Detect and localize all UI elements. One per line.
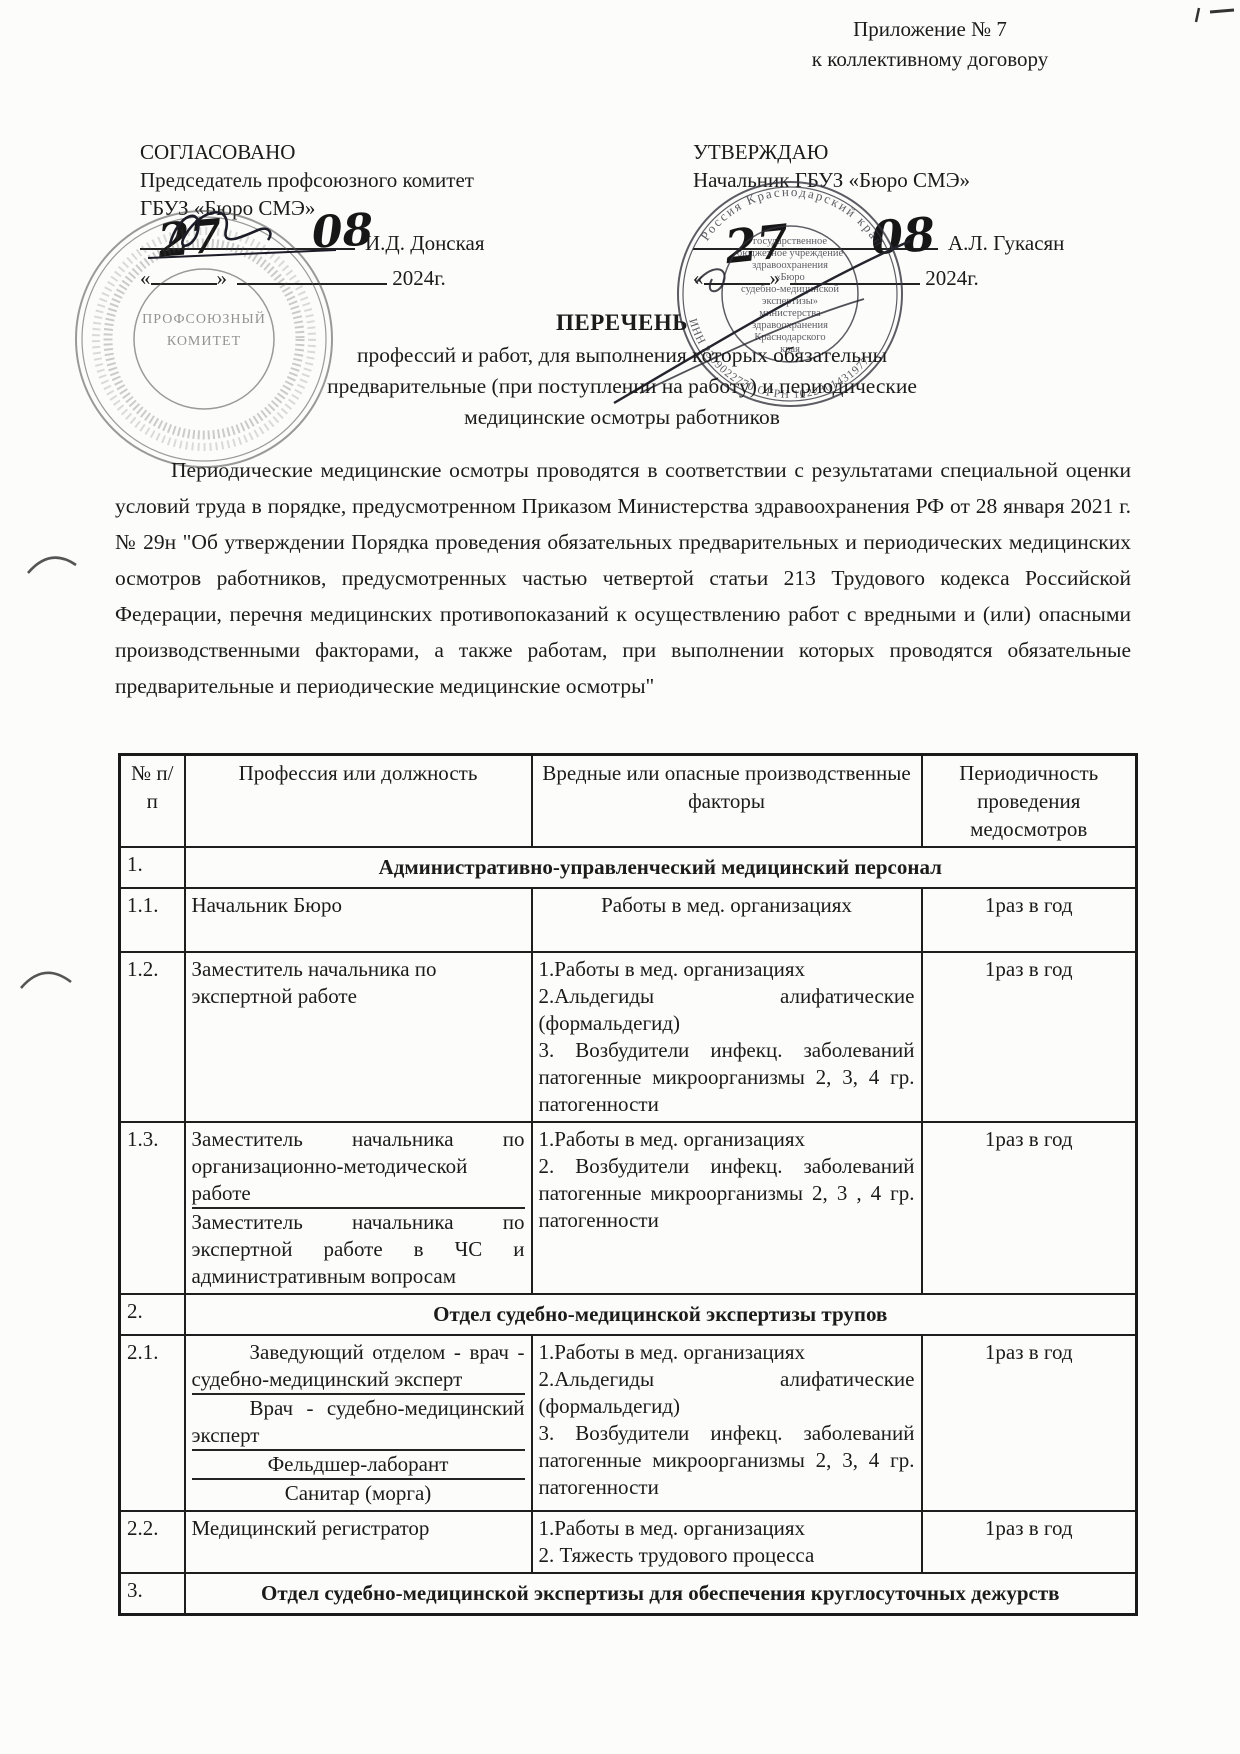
- agreed-date-line: «» 2024г.: [140, 263, 620, 292]
- factor-item: Работы в мед. организациях: [539, 892, 915, 919]
- profession-cell: Заместитель начальника по экспертной раб…: [185, 952, 532, 1122]
- profession-entry: Врач - судебно-медицинский эксперт: [192, 1393, 525, 1449]
- header-factors: Вредные или опасные производственные фак…: [532, 755, 922, 848]
- table-row: 1.1.Начальник БюроРаботы в мед. организа…: [120, 888, 1137, 952]
- approved-day-field: [704, 263, 770, 285]
- profession-entry: Медицинский регистратор: [192, 1515, 525, 1542]
- approved-month-field: [790, 263, 920, 285]
- agreed-line1: Председатель профсоюзного комитет: [140, 166, 620, 194]
- row-number: 3.: [120, 1573, 185, 1615]
- table-row: 1.2.Заместитель начальника по экспертной…: [120, 952, 1137, 1122]
- appendix-note: Приложение № 7 к коллективному договору: [740, 14, 1120, 74]
- title-main: ПЕРЕЧЕНЬ: [112, 306, 1132, 340]
- med-exam-table-wrap: № п/п Профессия или должность Вредные ил…: [118, 753, 1135, 1616]
- row-number: 1.2.: [120, 952, 185, 1122]
- profession-cell: Начальник Бюро: [185, 888, 532, 952]
- factor-item: 2. Возбудители инфекц. заболеваний патог…: [539, 1153, 915, 1234]
- header-periodicity: Периодичность проведения медосмотров: [922, 755, 1137, 848]
- factor-item: 1.Работы в мед. организациях: [539, 1515, 915, 1542]
- row-number: 2.2.: [120, 1511, 185, 1573]
- approved-name: А.Л. Гукасян: [938, 231, 1064, 255]
- table-row: 2.1.Заведующий отделом - врач - судебно-…: [120, 1335, 1137, 1511]
- agreed-signature-line: И.Д. Донская: [140, 228, 620, 257]
- profession-cell: Заместитель начальника по организационно…: [185, 1122, 532, 1294]
- profession-entry: Начальник Бюро: [192, 892, 525, 919]
- agreed-day-field: [151, 263, 217, 285]
- factor-item: 1.Работы в мед. организациях: [539, 956, 915, 983]
- margin-mark-1: [22, 545, 82, 579]
- header-num: № п/п: [120, 755, 185, 848]
- periodicity-cell: 1раз в год: [922, 1511, 1137, 1573]
- approved-signature-line: А.Л. Гукасян: [693, 228, 1163, 257]
- row-number: 2.1.: [120, 1335, 185, 1511]
- header-profession: Профессия или должность: [185, 755, 532, 848]
- document-page: Приложение № 7 к коллективному договору …: [0, 0, 1240, 1754]
- med-exam-table-body: 1.Административно-управленческий медицин…: [120, 847, 1137, 1615]
- factor-item: 2. Тяжесть трудового процесса: [539, 1542, 915, 1569]
- agreed-block: СОГЛАСОВАНО Председатель профсоюзного ко…: [140, 138, 620, 292]
- profession-cell: Заведующий отделом - врач - судебно-меди…: [185, 1335, 532, 1511]
- approved-year: 2024г.: [925, 266, 979, 290]
- agreed-heading: СОГЛАСОВАНО: [140, 138, 620, 166]
- quote-close: »: [770, 266, 781, 290]
- profession-cell: Медицинский регистратор: [185, 1511, 532, 1573]
- approved-heading: УТВЕРЖДАЮ: [693, 138, 1163, 166]
- agreed-name: И.Д. Донская: [355, 231, 485, 255]
- factor-item: 2.Альдегиды алифатические (формальдегид): [539, 1366, 915, 1420]
- med-exam-table: № п/п Профессия или должность Вредные ил…: [118, 753, 1138, 1616]
- row-number: 2.: [120, 1294, 185, 1335]
- title-line3: предварительные (при поступлении на рабо…: [112, 371, 1132, 402]
- profession-entry: Санитар (морга): [192, 1478, 525, 1507]
- profession-entry: Заведующий отделом - врач - судебно-меди…: [192, 1339, 525, 1393]
- section-row: 2.Отдел судебно-медицинской экспертизы т…: [120, 1294, 1137, 1335]
- factors-cell: Работы в мед. организациях: [532, 888, 922, 952]
- table-row: 1.3.Заместитель начальника по организаци…: [120, 1122, 1137, 1294]
- row-number: 1.3.: [120, 1122, 185, 1294]
- periodicity-cell: 1раз в год: [922, 1122, 1137, 1294]
- approved-block: УТВЕРЖДАЮ Начальник ГБУЗ «Бюро СМЭ» А.Л.…: [693, 138, 1163, 292]
- profession-entry: Заместитель начальника по организационно…: [192, 1126, 525, 1207]
- title-line2: профессий и работ, для выполнения которы…: [112, 340, 1132, 371]
- profession-entry: Заместитель начальника по экспертной раб…: [192, 1207, 525, 1290]
- document-title: ПЕРЕЧЕНЬ профессий и работ, для выполнен…: [112, 306, 1132, 433]
- periodicity-cell: 1раз в год: [922, 888, 1137, 952]
- quote-open: «: [140, 266, 151, 290]
- quote-close: »: [217, 266, 228, 290]
- section-row: 3.Отдел судебно-медицинской экспертизы д…: [120, 1573, 1137, 1615]
- periodicity-cell: 1раз в год: [922, 1335, 1137, 1511]
- appendix-line2: к коллективному договору: [740, 44, 1120, 74]
- title-line4: медицинские осмотры работников: [112, 402, 1132, 433]
- row-number: 1.: [120, 847, 185, 888]
- profession-entry: Фельдшер-лаборант: [192, 1449, 525, 1478]
- quote-open: «: [693, 266, 704, 290]
- table-row: 2.2.Медицинский регистратор1.Работы в ме…: [120, 1511, 1137, 1573]
- agreed-signature-field: [140, 228, 355, 250]
- factor-item: 3. Возбудители инфекц. заболеваний патог…: [539, 1037, 915, 1118]
- factors-cell: 1.Работы в мед. организациях2.Альдегиды …: [532, 952, 922, 1122]
- section-title: Отдел судебно-медицинской экспертизы для…: [185, 1573, 1137, 1615]
- intro-paragraph: Периодические медицинские осмотры провод…: [115, 452, 1131, 704]
- section-title: Административно-управленческий медицинск…: [185, 847, 1137, 888]
- corner-pen-mark: [1188, 4, 1238, 32]
- agreed-year: 2024г.: [392, 266, 446, 290]
- factor-item: 2.Альдегиды алифатические (формальдегид): [539, 983, 915, 1037]
- agreed-line2: ГБУЗ «Бюро СМЭ»: [140, 194, 620, 222]
- approved-line1: Начальник ГБУЗ «Бюро СМЭ»: [693, 166, 1163, 194]
- periodicity-cell: 1раз в год: [922, 952, 1137, 1122]
- profession-entry: Заместитель начальника по экспертной раб…: [192, 956, 525, 1010]
- row-number: 1.1.: [120, 888, 185, 952]
- section-title: Отдел судебно-медицинской экспертизы тру…: [185, 1294, 1137, 1335]
- factors-cell: 1.Работы в мед. организациях2. Возбудите…: [532, 1122, 922, 1294]
- factor-item: 3. Возбудители инфекц. заболеваний патог…: [539, 1420, 915, 1501]
- factor-item: 1.Работы в мед. организациях: [539, 1339, 915, 1366]
- appendix-line1: Приложение № 7: [740, 14, 1120, 44]
- section-row: 1.Административно-управленческий медицин…: [120, 847, 1137, 888]
- factors-cell: 1.Работы в мед. организациях2. Тяжесть т…: [532, 1511, 922, 1573]
- factor-item: 1.Работы в мед. организациях: [539, 1126, 915, 1153]
- approved-signature-field: [693, 228, 938, 250]
- margin-mark-2: [16, 958, 76, 994]
- table-header-row: № п/п Профессия или должность Вредные ил…: [120, 755, 1137, 848]
- agreed-month-field: [237, 263, 387, 285]
- factors-cell: 1.Работы в мед. организациях2.Альдегиды …: [532, 1335, 922, 1511]
- approved-date-line: «» 2024г.: [693, 263, 1163, 292]
